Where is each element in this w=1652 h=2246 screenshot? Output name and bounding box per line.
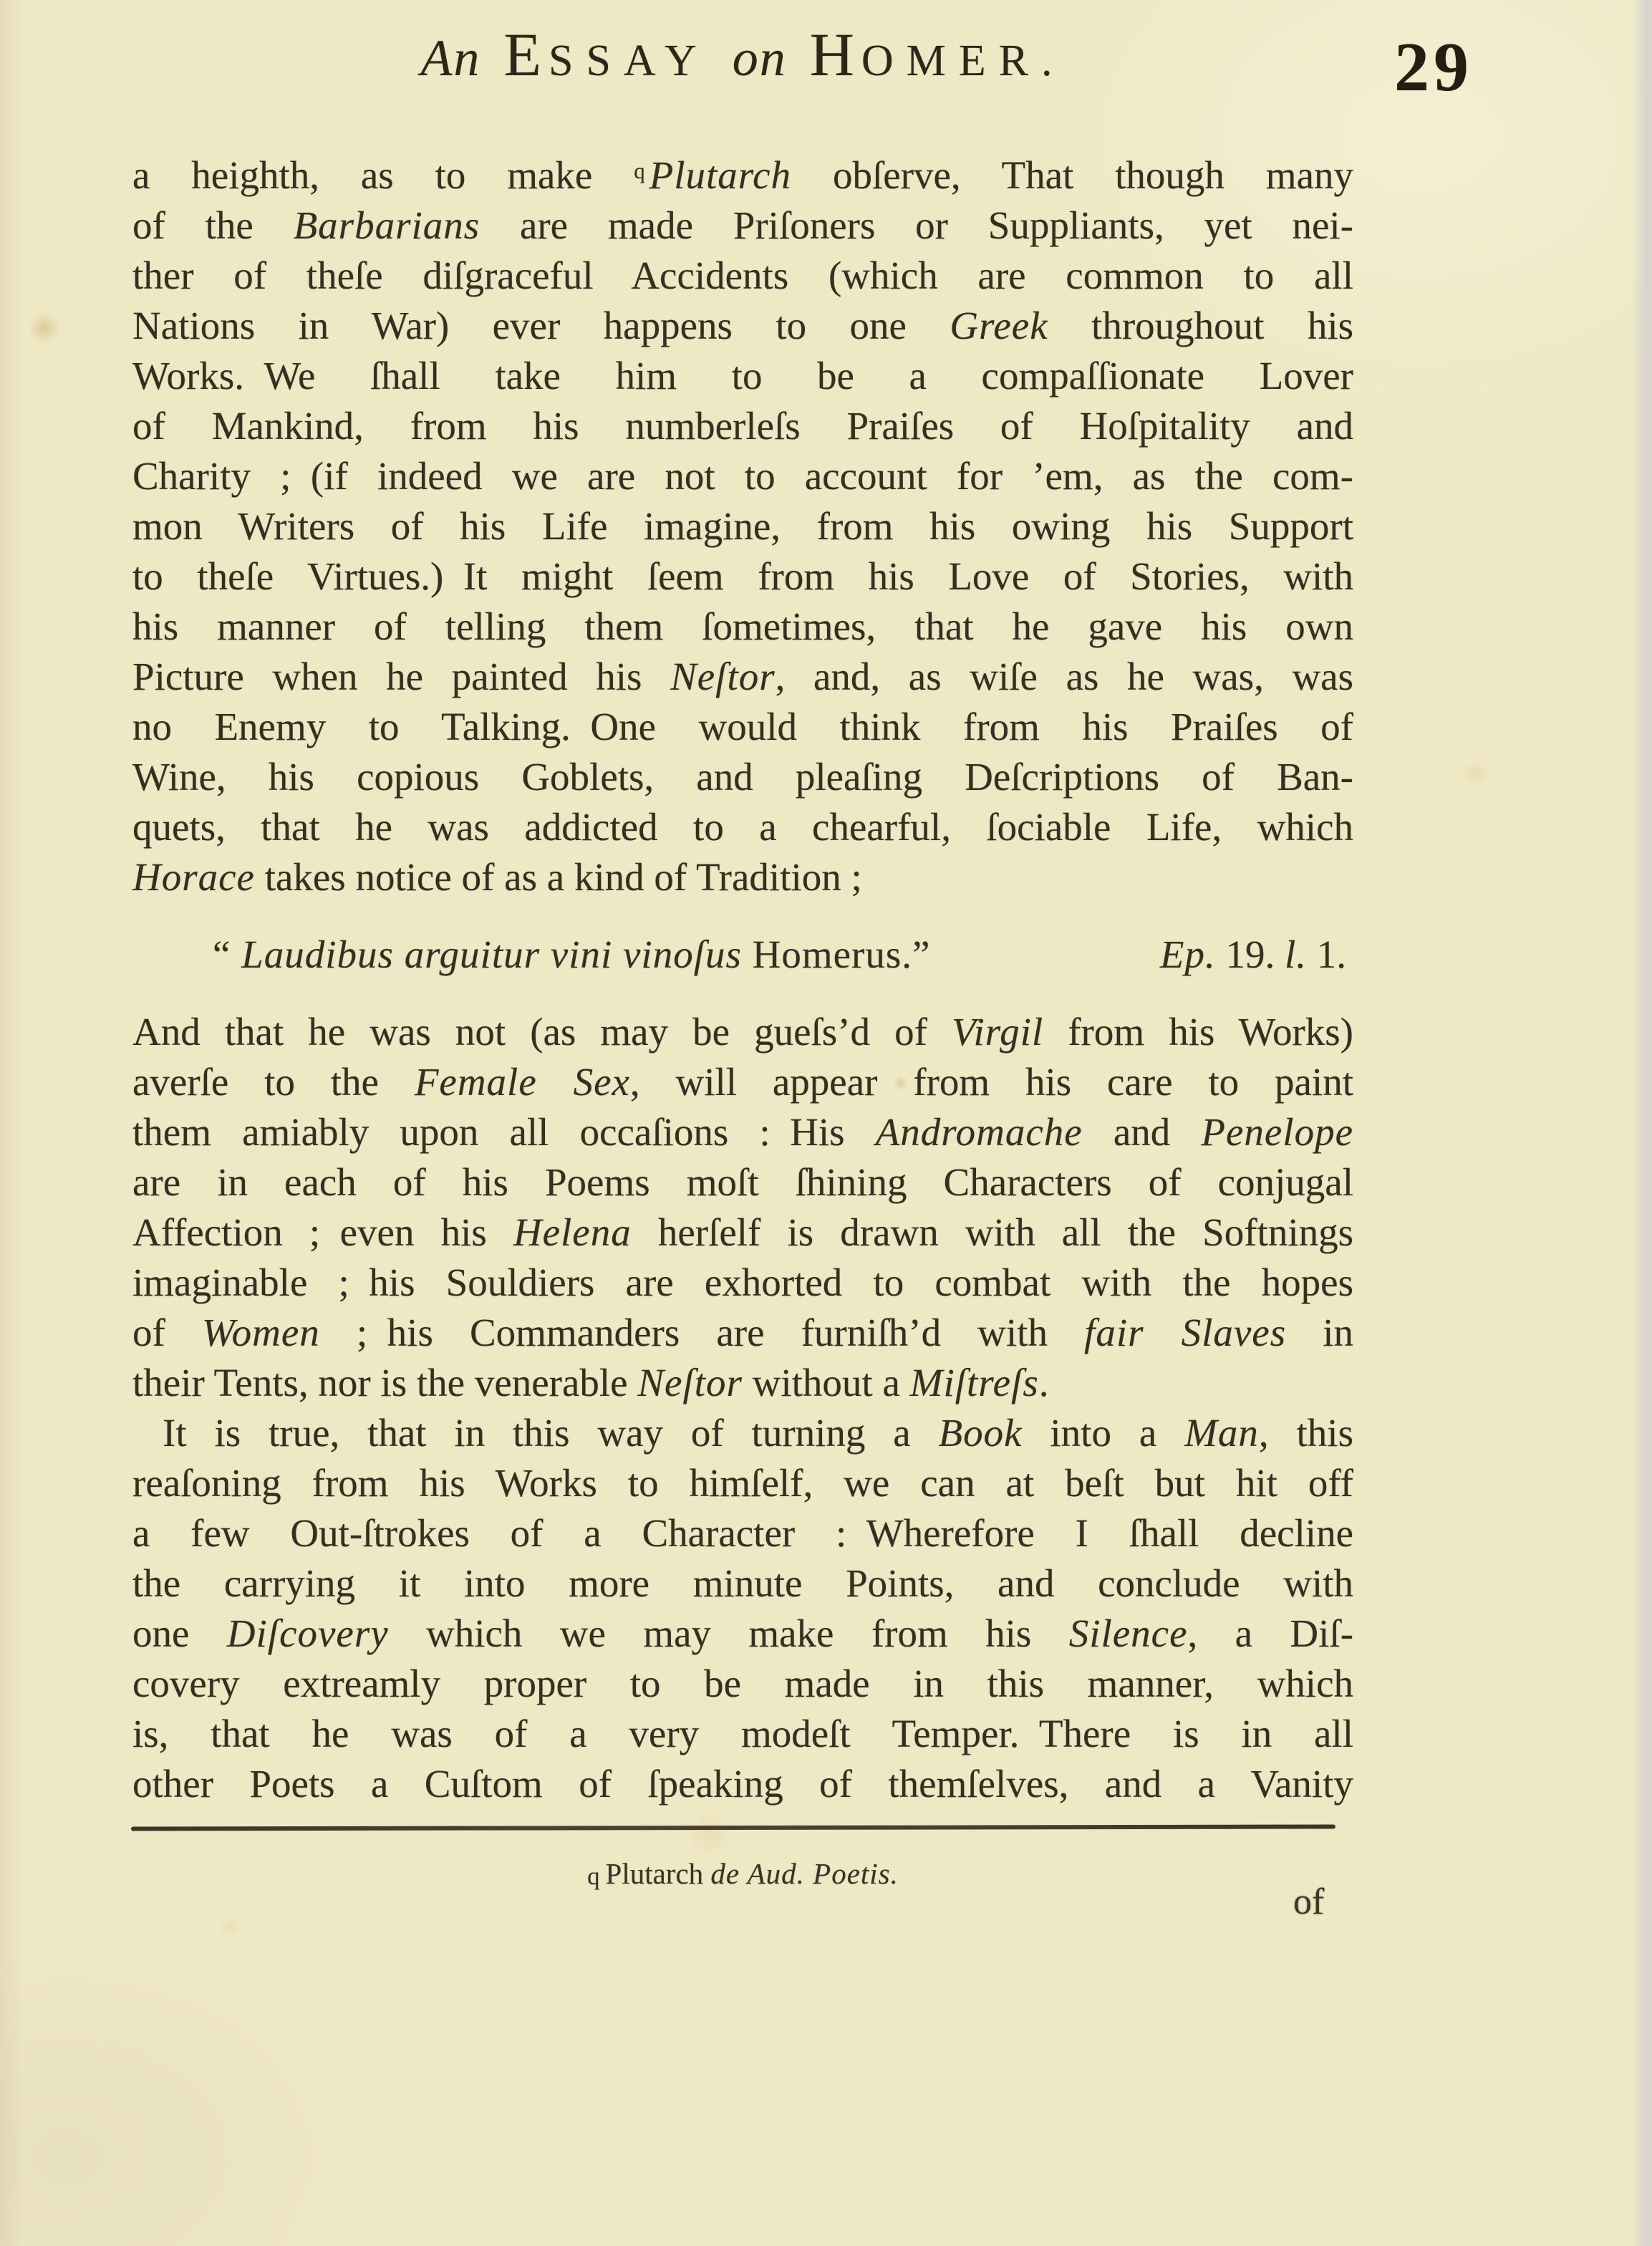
running-header: An ESSAY on HOMER. bbox=[132, 19, 1353, 90]
text-line: are in each of his Poems moſt ſhining Ch… bbox=[132, 1157, 1353, 1208]
text-line: imaginable ; his Souldiers are exhorted … bbox=[132, 1258, 1353, 1308]
homer-initial-cap: H bbox=[810, 20, 861, 89]
text-line: of the Barbarians are made Priſoners or … bbox=[132, 201, 1353, 251]
text-line: other Poets a Cuſtom of ſpeaking of them… bbox=[132, 1759, 1353, 1809]
text-line: averſe to the Female Sex, will appear fr… bbox=[132, 1057, 1353, 1107]
text-line: Horace takes notice of as a kind of Trad… bbox=[132, 852, 1353, 902]
catchword: of bbox=[1293, 1881, 1324, 1923]
body-text: a heighth, as to make qPlutarch obſerve,… bbox=[132, 146, 1353, 1809]
text-line: mon Writers of his Life imagine, from hi… bbox=[132, 501, 1353, 551]
header-word-homer: HOMER. bbox=[810, 66, 1066, 78]
text-line: a heighth, as to make qPlutarch obſerve,… bbox=[132, 146, 1353, 201]
text-line: no Enemy to Talking. One would think fro… bbox=[132, 702, 1353, 752]
paragraph-3: It is true, that in this way of turning … bbox=[132, 1408, 1353, 1809]
text-line: is, that he was of a very modeſt Temper.… bbox=[132, 1709, 1353, 1759]
page-number: 29 bbox=[1394, 27, 1473, 107]
footnote-rule bbox=[131, 1825, 1335, 1831]
text-line: his manner of telling them ſometimes, th… bbox=[132, 602, 1353, 652]
book-page: An ESSAY on HOMER. 29 a heighth, as to m… bbox=[0, 0, 1652, 2246]
text-line: And that he was not (as may be gueſs’d o… bbox=[132, 1007, 1353, 1057]
homer-small-caps: OMER. bbox=[861, 37, 1066, 85]
text-line: Charity ; (if indeed we are not to accou… bbox=[132, 451, 1353, 501]
text-line: them amiably upon all occaſions : His An… bbox=[132, 1107, 1353, 1157]
quote-reference: Ep. 19. l. 1. bbox=[1160, 930, 1346, 980]
text-line: It is true, that in this way of turning … bbox=[132, 1408, 1353, 1458]
paragraph-1: a heighth, as to make qPlutarch obſerve,… bbox=[132, 146, 1353, 902]
text-line: of Women ; his Commanders are furniſh’d … bbox=[132, 1308, 1353, 1358]
text-line: Affection ; even his Helena herſelf is d… bbox=[132, 1208, 1353, 1258]
text-line: of Mankind, from his numberleſs Praiſes … bbox=[132, 401, 1353, 451]
text-line: Nations in War) ever happens to one Gree… bbox=[132, 301, 1353, 351]
header-word-on: on bbox=[733, 29, 787, 87]
text-line: their Tents, nor is the venerable Neſtor… bbox=[132, 1358, 1353, 1408]
text-line: quets, that he was addicted to a chearfu… bbox=[132, 802, 1353, 852]
text-line: one Diſcovery which we may make from his… bbox=[132, 1609, 1353, 1659]
text-line: the carrying it into more minute Points,… bbox=[132, 1558, 1353, 1609]
text-line: Picture when he painted his Neſtor, and,… bbox=[132, 652, 1353, 702]
header-word-an: An bbox=[420, 29, 480, 87]
quote-text: “ Laudibus arguitur vini vinoſus Homerus… bbox=[213, 930, 930, 980]
text-line: Wine, his copious Goblets, and pleaſing … bbox=[132, 752, 1353, 802]
text-line: Works. We ſhall take him to be a compaſſ… bbox=[132, 351, 1353, 401]
text-line: ther of theſe diſgraceful Accidents (whi… bbox=[132, 251, 1353, 301]
text-line: a few Out-ſtrokes of a Character : Where… bbox=[132, 1508, 1353, 1558]
latin-quotation: “ Laudibus arguitur vini vinoſus Homerus… bbox=[132, 930, 1353, 980]
paragraph-2: And that he was not (as may be gueſs’d o… bbox=[132, 1007, 1353, 1408]
footnote: qPlutarch de Aud. Poetis. bbox=[132, 1856, 1353, 1891]
text-line: to theſe Virtues.) It might ſeem from hi… bbox=[132, 551, 1353, 602]
essay-initial-cap: E bbox=[503, 20, 549, 89]
text-line: reaſoning from his Works to himſelf, we … bbox=[132, 1458, 1353, 1508]
header-word-essay: ESSAY bbox=[503, 66, 709, 78]
text-line: covery extreamly proper to be made in th… bbox=[132, 1659, 1353, 1709]
essay-small-caps: SSAY bbox=[549, 37, 710, 85]
